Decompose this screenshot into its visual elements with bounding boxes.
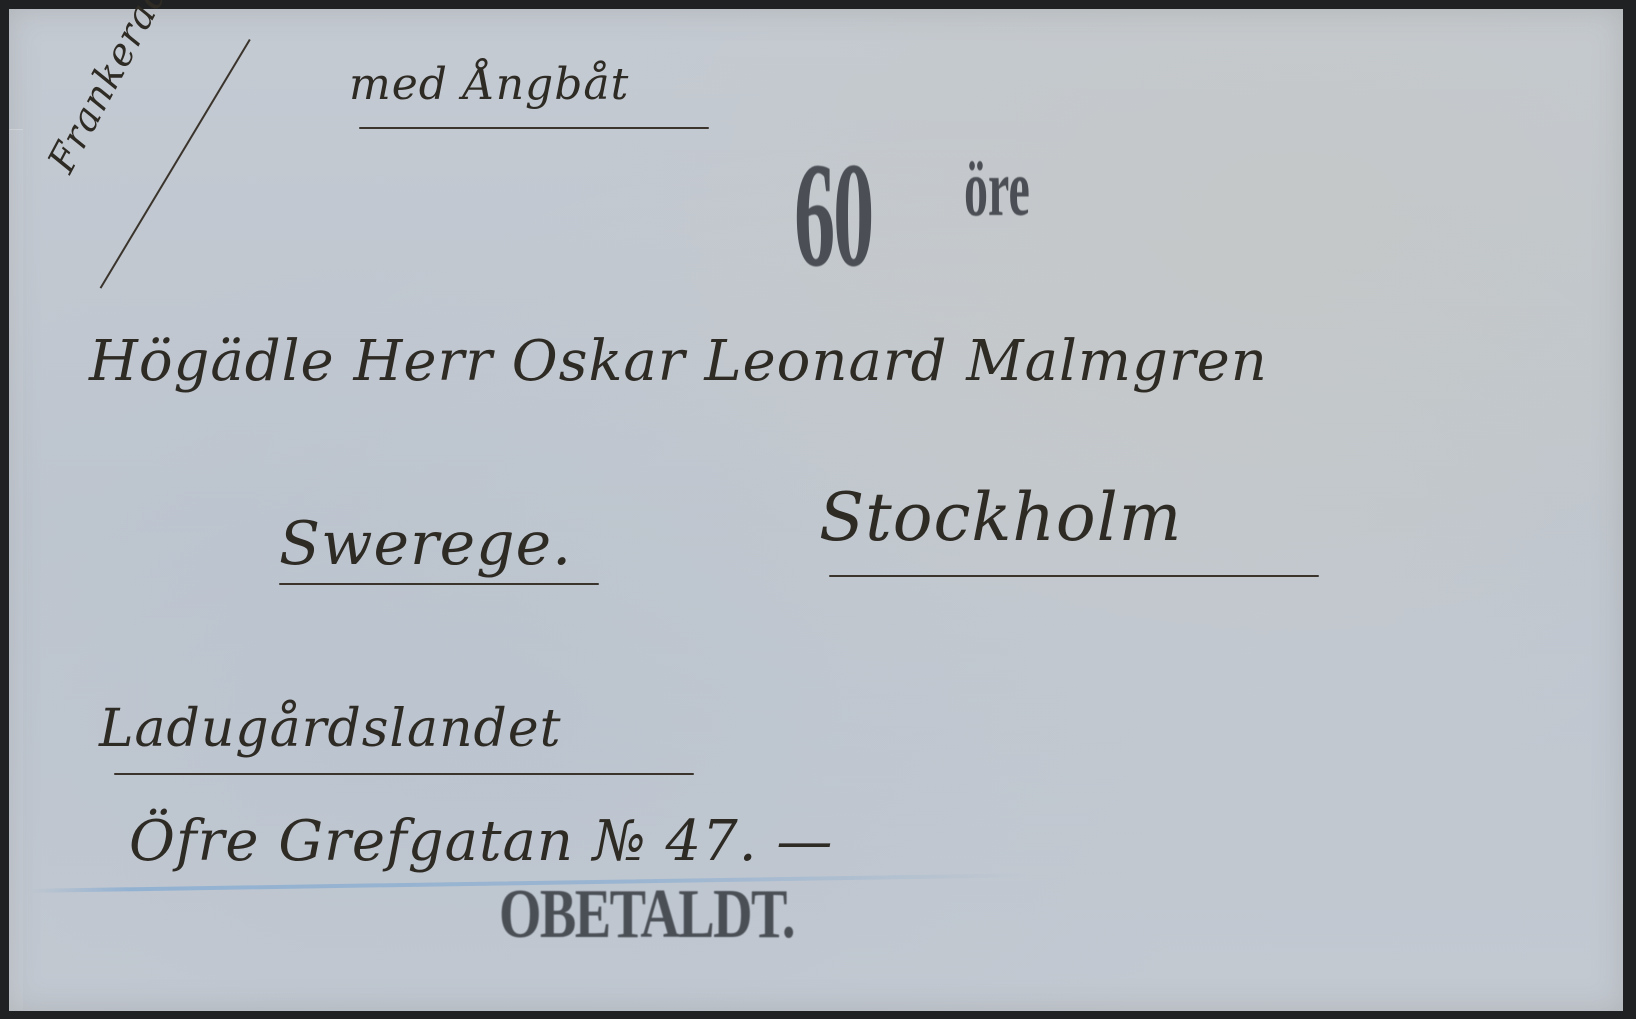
unpaid-handstamp: OBETALDT.: [499, 875, 794, 955]
postage-due-unit: öre: [964, 144, 1030, 235]
district-underline: [114, 773, 694, 775]
district-line: Ladugårdslandet: [99, 699, 562, 759]
street-line: Öfre Gref­gatan № 47. —: [129, 809, 833, 874]
addressee-line: Högädle Herr Oskar Leonard Malmgren: [89, 329, 1268, 394]
country-underline: [279, 583, 599, 585]
postal-cover: Frankerad med Ångbåt 60 öre Högädle Herr…: [9, 9, 1623, 1011]
country-line: Swerege.: [279, 509, 572, 579]
franked-annotation: Frankerad: [39, 0, 177, 180]
route-annotation: med Ångbåt: [349, 59, 629, 110]
paper-fold-edge: [9, 129, 23, 1010]
route-underline: [359, 127, 709, 129]
city-line: Stockholm: [819, 479, 1182, 556]
city-underline: [829, 575, 1319, 577]
postage-due-amount: 60: [794, 129, 872, 301]
